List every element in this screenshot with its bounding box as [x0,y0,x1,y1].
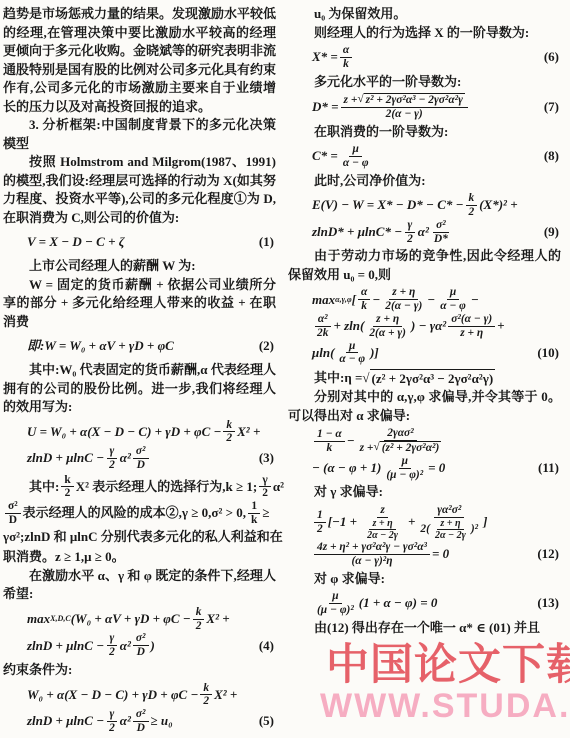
denominator: D [6,514,20,527]
fraction: σ²D* [431,219,451,246]
paragraph: 约束条件为: [3,661,276,680]
fraction: σ²D [5,500,21,527]
numerator: 1 − α [314,428,345,442]
equation-block: D* = z + √z² + 2γσ²α³ − 2γσ²α²γ2(α − γ)(… [288,93,561,121]
equation-line: zlnD + μlnC − γ2α²σ²D)(4) [3,632,276,659]
equation-block: W₀ + α(X − D − C) + γD + φC − k2X² +zlnD… [3,682,276,735]
math-content: E(V) − W = X* − D* − C* − k2(X*)² + [312,192,518,219]
numerator: 2γασ² [384,427,416,441]
equation-line: C* = μα − φ(8) [288,143,561,170]
math-content: 其中:k2X² 表示经理人的选择行为,k ≥ 1;γ2α² [29,474,284,501]
fraction: 1 − αk [314,428,345,455]
equation-block: C* = μα − φ(8) [288,143,561,170]
numerator: μ [346,340,358,354]
text-line: 其中:η = √(z² + 2γσ²α³ − 2γσ²α²γ) [288,368,561,388]
fraction: μα − φ [340,143,372,170]
fraction: γ2 [106,708,118,735]
denominator: 2 [404,233,416,246]
fraction: k2 [223,419,235,446]
square-root: √z² + 2γσ²α³ − 2γσ²α²γ [357,93,464,107]
subscript: α,γ,φ [335,291,352,310]
numerator: γ [107,708,118,722]
math-content: maxα,γ,φ[αk − z + η2(α − γ) − μα − φ − [312,286,479,313]
denominator: 2 [466,206,478,219]
math-content: V = X − D − C + ζ [27,233,124,252]
fraction: z + η2α − 2γ [364,518,401,542]
equation-number: (6) [544,48,561,67]
numerator: σ² [433,219,449,233]
numerator: 1 [314,509,326,523]
denominator: k [340,58,352,71]
math-content: μln(μα − φ)] [312,340,379,367]
math-content: 职消费。z ≥ 1,μ ≥ 0。 [3,548,125,567]
math-content: − (α − φ + 1)μ(μ − φ)² = 0 [312,455,445,482]
equation-block: maxX,D,C(W₀ + αV + γD + φC − k2X² +zlnD … [3,606,276,659]
math-content: zlnD + μlnC − γ2α²σ²D) [27,632,155,659]
fraction: k2 [466,192,478,219]
fraction: γ2 [106,445,118,472]
equation-line: U = W₀ + α(X − D − C) + γD + φC − k2X² + [3,419,276,446]
denominator: k [248,514,260,527]
numerator: k [466,192,478,206]
equation-line: 1 − αk − 2γασ²z + √(z² + 2γσ²α²) [288,427,561,455]
numerator: μ [447,286,459,300]
equation-number: (4) [259,637,276,656]
denominator: 2(α − γ) [382,300,425,313]
equation-line: D* = z + √z² + 2γσ²α³ − 2γσ²α²γ2(α − γ)(… [288,93,561,121]
fraction: γ2 [404,219,416,246]
fraction: μ(μ − φ)² [383,455,426,482]
equation-line: 即:W = W₀ + αV + γD + φC(2) [3,333,276,359]
numerator: α [358,286,370,300]
equation-number: (7) [544,98,561,117]
equation-number: (11) [538,459,561,478]
denominator: 2 [223,432,235,445]
square-root: √(z² + 2γσ²α²) [373,441,441,455]
numerator: z + η [369,518,395,530]
denominator: α − φ [340,157,372,170]
fraction: 1k [248,500,260,527]
numerator: k [200,682,212,696]
equation-line: 4z + η² + γσ²α²γ − γσ²α³(α − γ)²η = 0(12… [288,541,561,568]
equation-block: maxα,γ,φ[αk − z + η2(α − γ) − μα − φ −α²… [288,286,561,366]
equation-line: X* = αk(6) [288,44,561,71]
equation-number: (2) [259,337,276,356]
equation-line: α²2k + zln(z + η2(α + γ)) − γα²σ²(α − γ)… [288,313,561,340]
radical-sign: √ [362,369,369,388]
fraction: α²2k [314,313,331,340]
paragraph: 此时,公司净价值为: [288,172,561,191]
denominator: 2 [259,487,271,500]
math-content: 其中:η = √(z² + 2γσ²α³ − 2γσ²α²γ) [314,369,495,389]
numerator: α [340,44,352,58]
fraction: γα²σ²2(z + η2α − 2γ)² [417,504,481,541]
math-content: 1 − αk − 2γασ²z + √(z² + 2γσ²α²) [312,427,446,455]
numerator: γ [405,219,416,233]
numerator: μ [329,590,341,604]
denominator: 2(α + γ) [366,327,409,340]
paragraph: 多元化水平的一阶导数为: [288,73,561,92]
denominator: α − φ [437,300,469,313]
equation-line: zlnD* + μlnC* − γ2α²σ²D*(9) [288,219,561,246]
left-column: 趋势是市场惩戒力量的结果。发现激励水平较低的经理,在管理决策中要比激励水平较高的… [3,5,276,737]
radicand: (z² + 2γσ²α²) [380,441,442,455]
numerator: σ² [133,445,149,459]
paragraph: 上市公司经理人的薪酬 W 为: [3,257,276,276]
equation-line: maxα,γ,φ[αk − z + η2(α − γ) − μα − φ − [288,286,561,313]
numerator: z + η [373,313,402,327]
denominator: 2 [314,523,326,536]
paragraph: 由(12) 得出存在一个唯一 α* ∈ (01) 并且 [288,619,561,638]
denominator: D [134,722,148,735]
fraction: γ2 [259,474,271,501]
equation-line: μ(μ − φ)²(1 + α − φ) = 0(13) [288,590,561,617]
math-content: D* = z + √z² + 2γσ²α³ − 2γσ²α²γ2(α − γ) [312,93,470,121]
fraction: σ²(α − γ)z + η [448,313,495,340]
text-line: γσ²;zlnD 和 μlnC 分别代表多元化的私人利益和在 [3,527,276,547]
denominator: z + √(z² + 2γσ²α²) [357,441,445,455]
paragraph: 对 γ 求偏导: [288,483,561,502]
math-content: maxX,D,C(W₀ + αV + γD + φC − k2X² + [27,606,230,633]
right-column: u₀ 为保留效用。则经理人的行为选择 X 的一阶导数为:X* = αk(6)多元… [288,5,561,737]
denominator: 2 [62,487,74,500]
radicand: (z² + 2γσ²α³ − 2γσ²α²γ) [370,369,496,389]
numerator: μ [349,143,361,157]
denominator: D [134,646,148,659]
math-content: γσ²;zlnD 和 μlnC 分别代表多元化的私人利益和在 [3,528,283,547]
denominator: D* [431,233,451,246]
denominator: (μ − φ)² [314,604,357,617]
denominator: 2 [193,620,205,633]
subscript: X,D,C [50,610,71,629]
equation-line: V = X − D − C + ζ(1) [3,229,276,255]
numerator: z [377,504,387,518]
fraction: αk [358,286,370,313]
math-content: 12[−1 + zz + η2α − 2γ + γα²σ²2(z + η2α −… [312,504,487,541]
numerator: 1 [248,500,260,514]
equation-block: μ(μ − φ)²(1 + α − φ) = 0(13) [288,590,561,617]
fraction: k2 [61,474,73,501]
equation-number: (10) [537,344,561,363]
equation-line: μln(μα − φ)](10) [288,340,561,367]
fraction: αk [340,44,352,71]
fraction: 4z + η² + γσ²α²γ − γσ²α³(α − γ)²η [314,541,430,568]
denominator: D [134,459,148,472]
equation-number: (13) [537,594,561,613]
denominator: 2(α − γ) [383,108,426,121]
fraction: γ2 [106,632,118,659]
fraction: σ²D [133,445,149,472]
math-content: 即:W = W₀ + αV + γD + φC [27,337,174,356]
equation-line: − (α − φ + 1)μ(μ − φ)² = 0(11) [288,455,561,482]
numerator: γ [107,632,118,646]
fraction: k2 [200,682,212,709]
denominator: (μ − φ)² [383,469,426,482]
math-content: 4z + η² + γσ²α²γ − γσ²α³(α − γ)²η = 0 [312,541,449,568]
fraction: μα − φ [437,286,469,313]
paragraph: 其中:W₀ 代表固定的货币薪酬,α 代表经理人拥有的公司的股份比例。进一步,我们… [3,361,276,417]
equation-line: E(V) − W = X* − D* − C* − k2(X*)² + [288,192,561,219]
equation-number: (3) [259,449,276,468]
equation-block: E(V) − W = X* − D* − C* − k2(X*)² +zlnD*… [288,192,561,245]
numerator: k [61,474,73,488]
numerator: k [223,419,235,433]
text-line: σ²D 表示经理人的风险的成本②,γ ≥ 0,σ² > 0,1k ≥ [3,500,276,527]
math-content: C* = μα − φ [312,143,374,170]
denominator: 2 [106,459,118,472]
fraction: σ²D [133,708,149,735]
math-content: W₀ + α(X − D − C) + γD + φC − k2X² + [27,682,237,709]
equation-number: (9) [544,223,561,242]
numerator: σ² [5,500,21,514]
math-content: σ²D 表示经理人的风险的成本②,γ ≥ 0,σ² > 0,1k ≥ [3,500,270,527]
paragraph: 在激励水平 α、γ 和 φ 既定的条件下,经理人希望: [3,567,276,604]
denominator: 2α − 2γ [364,530,401,541]
two-column-layout: 趋势是市场惩戒力量的结果。发现激励水平较低的经理,在管理决策中要比激励水平较高的… [0,0,570,737]
fraction: k2 [193,606,205,633]
paragraph: 由于劳动力市场的竞争性,因此令经理人的保留效用 u₀ = 0,则 [288,247,561,284]
document-page: 趋势是市场惩戒力量的结果。发现激励水平较低的经理,在管理决策中要比激励水平较高的… [0,0,570,738]
denominator: (α − γ)²η [348,555,395,568]
numerator: 4z + η² + γσ²α²γ − γσ²α³ [314,541,430,555]
paragraph: W = 固定的货币薪酬 + 依据公司业绩所分享的部分 + 多元化给经理人带来的收… [3,276,276,332]
watermark-chinese-text: 中国论文下载 [326,644,570,687]
equation-block: X* = αk(6) [288,44,561,71]
equation-block: 1 − αk − 2γασ²z + √(z² + 2γσ²α²)− (α − φ… [288,427,561,481]
numerator: z + η [437,518,463,530]
paragraph: 分别对其中的 α,γ,φ 求偏导,并令其等于 0。可以得出对 α 求偏导: [288,388,561,425]
fraction: z + √z² + 2γσ²α³ − 2γσ²α²γ2(α − γ) [341,93,468,121]
denominator: 2 [200,695,212,708]
text-line: 职消费。z ≥ 1,μ ≥ 0。 [3,547,276,567]
denominator: 2 [106,722,118,735]
inline-math-paragraph: 其中:η = √(z² + 2γσ²α³ − 2γσ²α²γ) [288,368,561,388]
numerator: α² [315,313,331,327]
paragraph-continuation: 趋势是市场惩戒力量的结果。发现激励水平较低的经理,在管理决策中要比激励水平较高的… [3,5,276,116]
equation-block: U = W₀ + α(X − D − C) + γD + φC − k2X² +… [3,419,276,472]
equation-number: (8) [544,147,561,166]
numerator: k [193,606,205,620]
numerator: γα²σ² [434,504,464,518]
numerator: z + √z² + 2γσ²α³ − 2γσ²α²γ [341,93,468,108]
equation-number: (1) [259,233,276,252]
denominator: 2k [314,327,331,340]
numerator: μ [399,455,411,469]
denominator: k [358,300,370,313]
square-root: √(z² + 2γσ²α³ − 2γσ²α²γ) [362,369,495,389]
paragraph: 在职消费的一阶导数为: [288,123,561,142]
math-content: α²2k + zln(z + η2(α + γ)) − γα²σ²(α − γ)… [312,313,505,340]
denominator: 2(z + η2α − 2γ)² [417,518,481,542]
paragraph: u₀ 为保留效用。 [288,5,561,24]
fraction: 12 [314,509,326,536]
equation-line: 12[−1 + zz + η2α − 2γ + γα²σ²2(z + η2α −… [288,504,561,541]
watermark-site-url: WWW.STUDA. [320,689,570,723]
math-content: zlnD + μlnC − γ2α²σ²D ≥ u₀ [27,708,173,735]
numerator: γ [107,445,118,459]
equation-number: (12) [537,545,561,564]
numerator: σ² [133,708,149,722]
math-content: zlnD + μlnC − γ2α²σ²D [27,445,151,472]
equation-block: 12[−1 + zz + η2α − 2γ + γα²σ²2(z + η2α −… [288,504,561,568]
paragraph: 则经理人的行为选择 X 的一阶导数为: [288,24,561,43]
fraction: z + η2α − 2γ [432,518,469,542]
denominator: 2 [106,646,118,659]
equation-line: maxX,D,C(W₀ + αV + γD + φC − k2X² + [3,606,276,633]
math-content: μ(μ − φ)²(1 + α − φ) = 0 [312,590,437,617]
equation-line: zlnD + μlnC − γ2α²σ²D ≥ u₀(5) [3,708,276,735]
numerator: γ [259,474,270,488]
paragraph: 按照 Holmstrom and Milgrom(1987、1991)的模型,我… [3,153,276,227]
denominator: α − φ [336,353,368,366]
paragraph: 对 φ 求偏导: [288,570,561,589]
fraction: 2γασ²z + √(z² + 2γσ²α²) [357,427,445,455]
inline-math-paragraph: 其中:k2X² 表示经理人的选择行为,k ≥ 1;γ2α²σ²D 表示经理人的风… [3,474,276,567]
fraction: z + η2(α + γ) [366,313,409,340]
fraction: μα − φ [336,340,368,367]
numerator: z + η [389,286,418,300]
denominator: k [323,442,335,455]
equation-line: W₀ + α(X − D − C) + γD + φC − k2X² + [3,682,276,709]
text-line: 其中:k2X² 表示经理人的选择行为,k ≥ 1;γ2α² [3,474,276,501]
math-content: X* = αk [312,44,354,71]
fraction: σ²D [133,632,149,659]
fraction: μ(μ − φ)² [314,590,357,617]
fraction: z + η2(α − γ) [382,286,425,313]
equation-number: (5) [259,712,276,731]
math-content: U = W₀ + α(X − D − C) + γD + φC − k2X² + [27,419,260,446]
numerator: σ² [133,632,149,646]
section-heading: 3. 分析框架:中国制度背景下的多元化决策模型 [3,116,276,153]
equation-block: 即:W = W₀ + αV + γD + φC(2) [3,333,276,359]
denominator: 2α − 2γ [432,530,469,541]
math-content: zlnD* + μlnC* − γ2α²σ²D* [312,219,453,246]
radicand: z² + 2γσ²α³ − 2γσ²α²γ [364,93,465,107]
numerator: σ²(α − γ) [448,313,495,327]
equation-line: zlnD + μlnC − γ2α²σ²D(3) [3,445,276,472]
denominator: z + η [457,327,486,340]
fraction: zz + η2α − 2γ [359,504,406,541]
denominator: z + η2α − 2γ [359,518,406,542]
equation-block: V = X − D − C + ζ(1) [3,229,276,255]
